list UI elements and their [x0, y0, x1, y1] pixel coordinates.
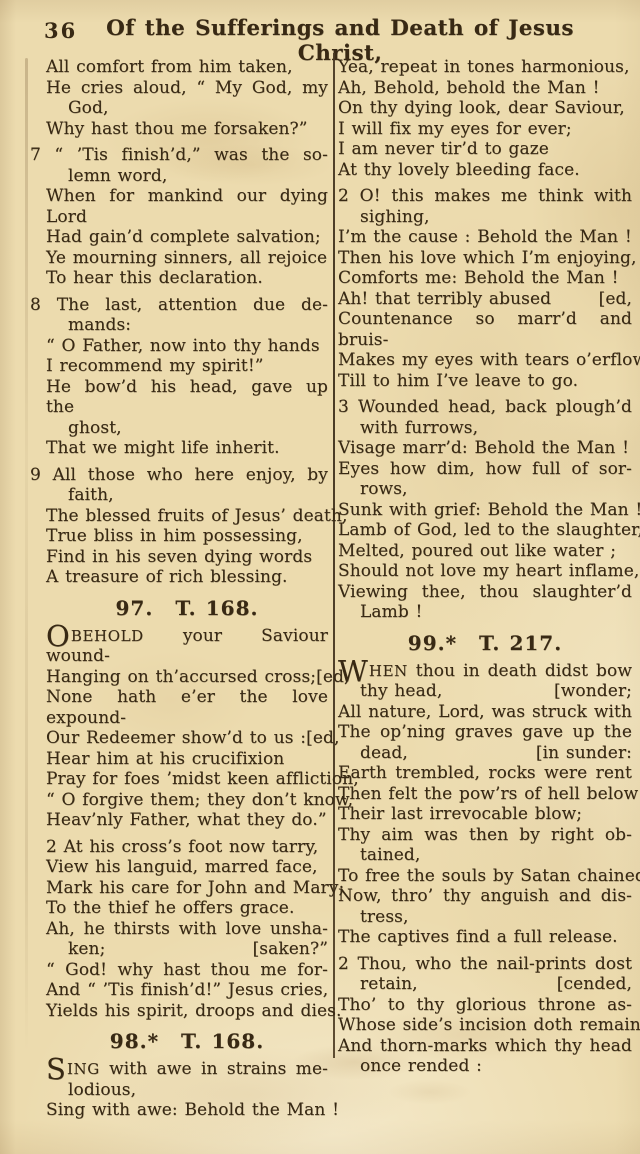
line-text: dead,: [360, 743, 408, 764]
catchword: [ed,: [306, 728, 339, 749]
verse-line: Pray for foes ’midst keen affliction,: [46, 769, 328, 790]
verse-line: Had gain’d complete salvation;: [46, 227, 328, 248]
verse-block: 2 At his cross’s foot now tarry,View his…: [46, 837, 328, 1022]
verse-line: On thy dying look, dear Saviour,: [338, 98, 632, 119]
verse-line: Yields his spirit, droops and dies.: [46, 1001, 328, 1022]
verse-line: Ah, he thirsts with love unsha-: [46, 919, 328, 940]
verse-line: Makes my eyes with tears o’erflow,: [338, 350, 632, 371]
line-text: Hanging on th’accursed cross;: [46, 667, 316, 688]
verse-line: Lamb !: [338, 602, 632, 623]
verse-line: Ye mourning sinners, all rejoice: [46, 248, 328, 269]
hymnal-page-scan: 36 Of the Sufferings and Death of Jesus …: [0, 0, 640, 1154]
verse-line: And “ ’Tis finish’d!” Jesus cries,: [46, 980, 328, 1001]
catchword: [saken?”: [253, 939, 328, 960]
verse-line: Hear him at his crucifixion: [46, 749, 328, 770]
verse-line: I’m the cause : Behold the Man !: [338, 227, 632, 248]
verse-line: The blessed fruits of Jesus’ death,: [46, 506, 328, 527]
verse-line: 9 All those who here enjoy, by: [46, 465, 328, 486]
verse-line: Whose side’s incision doth remain,: [338, 1015, 632, 1036]
verse-line: “ God! why hast thou me for-: [46, 960, 328, 981]
verse-line: I recommend my spirit!”: [46, 356, 328, 377]
verse-block: Yea, repeat in tones harmonious,Ah, Beho…: [338, 57, 632, 180]
verse-line: Thy aim was then by right ob-: [338, 825, 632, 846]
verse-line: God,: [46, 98, 328, 119]
verse-line: To hear this declaration.: [46, 268, 328, 289]
verse-line: Ah, Behold, behold the Man !: [338, 78, 632, 99]
right-text-column: Yea, repeat in tones harmonious,Ah, Beho…: [338, 57, 632, 1083]
verse-line: That we might life inherit.: [46, 438, 328, 459]
verse-line: I am never tir’d to gaze: [338, 139, 632, 160]
hymn-first-line: OBEHOLD your Saviour wound-: [46, 626, 328, 667]
line-text: retain,: [360, 974, 418, 995]
verse-block: 9 All those who here enjoy, byfaith,The …: [46, 465, 328, 588]
small-caps-text: HEN: [369, 662, 408, 680]
verse-line: Our Redeemer show’d to us :[ed,: [46, 728, 328, 749]
verse-line: Sunk with grief: Behold the Man !: [338, 500, 632, 521]
small-caps-text: ING: [67, 1060, 100, 1078]
verse-block: 2 O! this makes me think withsighing,I’m…: [338, 186, 632, 391]
verse-line: ghost,: [46, 418, 328, 439]
verse-line: To the thief he offers grace.: [46, 898, 328, 919]
verse-line: Then felt the pow’rs of hell below: [338, 784, 632, 805]
verse-line: When for mankind our dying Lord: [46, 186, 328, 227]
verse-block: SING with awe in strains me-lodious,Sing…: [46, 1059, 328, 1121]
verse-line: Sing with awe: Behold the Man !: [46, 1100, 328, 1121]
verse-line: Lamb of God, led to the slaughter,: [338, 520, 632, 541]
line-text: thy head,: [360, 681, 442, 702]
verse-line: Melted, poured out like water ;: [338, 541, 632, 562]
verse-line: lemn word,: [46, 166, 328, 187]
verse-line: At thy lovely bleeding face.: [338, 160, 632, 181]
verse-line: And thorn-marks which thy head: [338, 1036, 632, 1057]
tune-reference: T. 217.: [479, 631, 562, 655]
verse-line: retain,[cended,: [338, 974, 632, 995]
verse-line: He cries aloud, “ My God, my: [46, 78, 328, 99]
verse-block: 8 The last, attention due de-mands:“ O F…: [46, 295, 328, 459]
verse-line: None hath e’er the love expound-: [46, 687, 328, 728]
verse-line: ken;[saken?”: [46, 939, 328, 960]
catchword: [in sunder:: [536, 743, 632, 764]
hymn-number: 99.*: [408, 631, 457, 655]
verse-line: Why hast thou me forsaken?”: [46, 119, 328, 140]
verse-line: “ O Father, now into thy hands: [46, 336, 328, 357]
verse-line: once rended :: [338, 1056, 632, 1077]
verse-line: sighing,: [338, 207, 632, 228]
verse-block: 2 Thou, who the nail-prints dostretain,[…: [338, 954, 632, 1077]
verse-line: Hanging on th’accursed cross;[ed,: [46, 667, 328, 688]
verse-line: Then his love which I’m enjoying,: [338, 248, 632, 269]
hymn-number: 97.: [116, 596, 154, 620]
verse-line: All nature, Lord, was struck with: [338, 702, 632, 723]
verse-line: 2 Thou, who the nail-prints dost: [338, 954, 632, 975]
verse-line: faith,: [46, 485, 328, 506]
verse-line: “ O forgive them; they don’t know,: [46, 790, 328, 811]
verse-block: 3 Wounded head, back plough’dwith furrow…: [338, 397, 632, 623]
verse-line: Ah! that terribly abused[ed,: [338, 289, 632, 310]
verse-line: Heav’nly Father, what they do.”: [46, 810, 328, 831]
page-crease: [25, 58, 28, 1053]
verse-line: 2 O! this makes me think with: [338, 186, 632, 207]
verse-line: A treasure of rich blessing.: [46, 567, 328, 588]
verse-line: tress,: [338, 907, 632, 928]
tune-reference: T. 168.: [175, 596, 258, 620]
verse-line: Should not love my heart inflame,: [338, 561, 632, 582]
catchword: [cended,: [557, 974, 632, 995]
tune-reference: T. 168.: [181, 1029, 264, 1053]
verse-line: tained,: [338, 845, 632, 866]
verse-block: 7 “ ’Tis finish’d,” was the so-lemn word…: [46, 145, 328, 289]
verse-line: 2 At his cross’s foot now tarry,: [46, 837, 328, 858]
hymn-first-line: WHEN thou in death didst bow: [338, 661, 632, 682]
verse-line: Earth trembled, rocks were rent: [338, 763, 632, 784]
catchword: [wonder;: [554, 681, 632, 702]
verse-line: The op’ning graves gave up the: [338, 722, 632, 743]
verse-line: thy head,[wonder;: [338, 681, 632, 702]
verse-line: Till to him I’ve leave to go.: [338, 371, 632, 392]
verse-block: OBEHOLD your Saviour wound-Hanging on th…: [46, 626, 328, 831]
verse-line: All comfort from him taken,: [46, 57, 328, 78]
verse-line: Visage marr’d: Behold the Man !: [338, 438, 632, 459]
small-caps-text: BEHOLD: [71, 627, 144, 645]
column-divider-rule: [333, 53, 335, 1058]
verse-block: WHEN thou in death didst bowthy head,[wo…: [338, 661, 632, 948]
verse-line: To free the souls by Satan chained;: [338, 866, 632, 887]
verse-line: Viewing thee, thou slaughter’d: [338, 582, 632, 603]
verse-line: View his languid, marred face,: [46, 857, 328, 878]
verse-line: lodious,: [46, 1080, 328, 1101]
catchword: [ed,: [599, 289, 632, 310]
verse-line: Countenance so marr’d and bruis-: [338, 309, 632, 350]
line-text: Our Redeemer show’d to us :: [46, 728, 306, 749]
verse-line: Comforts me: Behold the Man !: [338, 268, 632, 289]
hymn-heading: 98.*T. 168.: [46, 1030, 328, 1052]
hymn-first-line: SING with awe in strains me-: [46, 1059, 328, 1080]
verse-line: Yea, repeat in tones harmonious,: [338, 57, 632, 78]
verse-line: Now, thro’ thy anguish and dis-: [338, 886, 632, 907]
verse-line: True bliss in him possessing,: [46, 526, 328, 547]
left-text-column: All comfort from him taken,He cries alou…: [30, 57, 328, 1127]
verse-line: 3 Wounded head, back plough’d: [338, 397, 632, 418]
verse-line: 7 “ ’Tis finish’d,” was the so-: [46, 145, 328, 166]
hymn-heading: 97.T. 168.: [46, 597, 328, 619]
verse-line: Tho’ to thy glorious throne as-: [338, 995, 632, 1016]
verse-line: Eyes how dim, how full of sor-: [338, 459, 632, 480]
verse-line: dead,[in sunder:: [338, 743, 632, 764]
hymn-heading: 99.*T. 217.: [338, 632, 632, 654]
verse-line: 8 The last, attention due de-: [46, 295, 328, 316]
verse-line: Find in his seven dying words: [46, 547, 328, 568]
verse-line: Their last irrevocable blow;: [338, 804, 632, 825]
verse-line: rows,: [338, 479, 632, 500]
line-text: ken;: [68, 939, 105, 960]
verse-line: I will fix my eyes for ever;: [338, 119, 632, 140]
hymn-number: 98.*: [110, 1029, 159, 1053]
verse-line: He bow’d his head, gave up the: [46, 377, 328, 418]
verse-line: The captives find a full release.: [338, 927, 632, 948]
verse-line: mands:: [46, 315, 328, 336]
verse-line: Mark his care for John and Mary;: [46, 878, 328, 899]
line-text: Ah! that terribly abused: [338, 289, 551, 310]
page-header: 36 Of the Sufferings and Death of Jesus …: [0, 16, 640, 46]
verse-block: All comfort from him taken,He cries alou…: [46, 57, 328, 139]
verse-line: with furrows,: [338, 418, 632, 439]
